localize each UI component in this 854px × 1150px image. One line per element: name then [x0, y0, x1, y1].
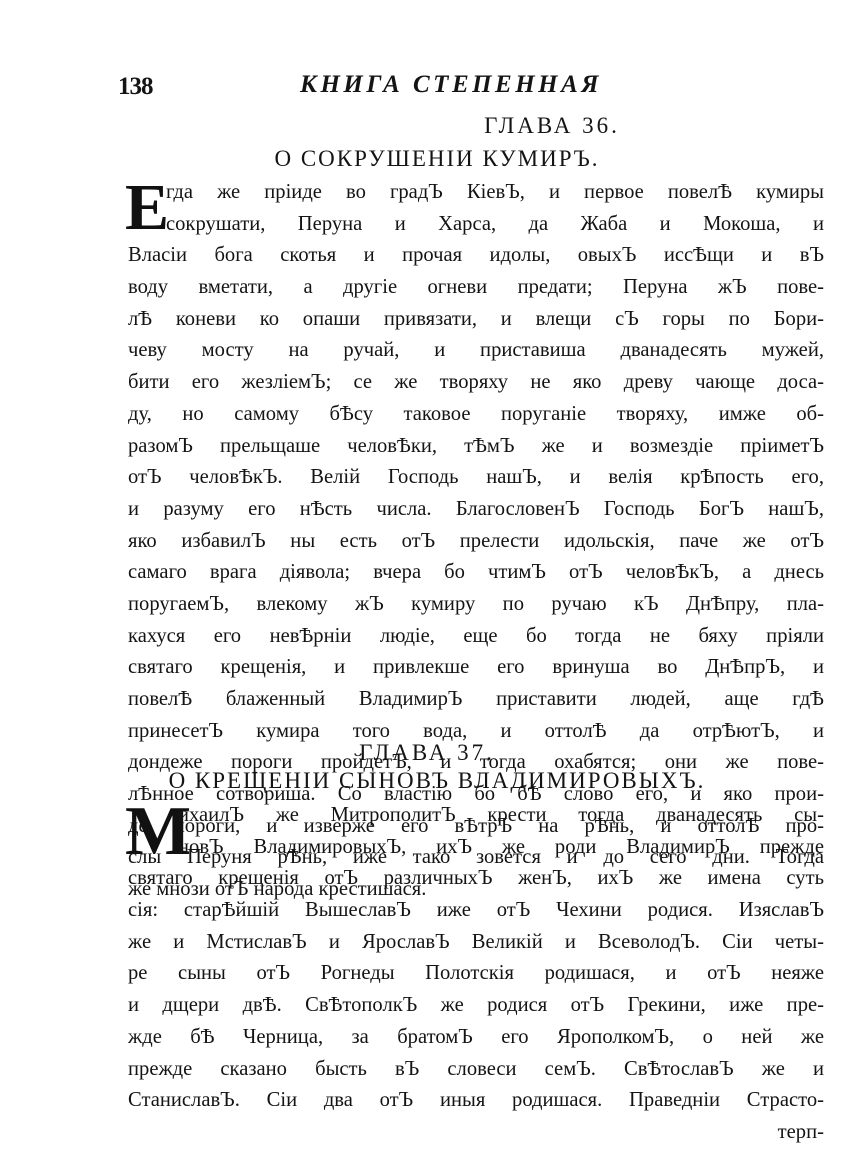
running-head: КНИГА СТЕПЕННАЯ: [300, 71, 602, 99]
body-line: гда же пріиде во градЪ КіевЪ, и первое п…: [128, 177, 824, 209]
chapter-37-body: ихаилЪ же МитрополитЪ крести тогда двана…: [128, 800, 824, 1149]
chapter-36-label: ГЛАВА 36.: [0, 113, 854, 139]
body-line: воду вметати, а другіе огневи предати; П…: [128, 272, 824, 304]
chapter-37-title: О КРЕЩЕНІИ СЫНОВЪ ВЛАДИМИРОВЫХЪ.: [149, 768, 706, 794]
body-line: и разуму его нѢсть числа. БлагословенЪ Г…: [128, 494, 824, 526]
body-line: повелѢ блаженный ВладимирЪ приставити лю…: [128, 684, 824, 716]
body-line: и дщери двѢ. СвѢтополкЪ же родися отЪ Гр…: [128, 990, 824, 1022]
body-line: ду, но самому бѢсу таковое поруганіе тво…: [128, 399, 824, 431]
body-line: сокрушати, Перуна и Харса, да Жаба и Мок…: [128, 209, 824, 241]
body-line: святаго крещенія, и привлекше его вринуш…: [128, 652, 824, 684]
chapter-36-title-row: О СОКРУШЕНІИ КУМИРЪ.: [0, 146, 854, 172]
body-line: жде бѢ Черница, за братомЪ его Ярополком…: [128, 1022, 824, 1054]
body-line: отЪ человѢкЪ. Велій Господь нашЪ, и велі…: [128, 462, 824, 494]
body-line: кахуся его невѢрніи людіе, еще бо тогда …: [128, 621, 824, 653]
body-line: прежде сказано бысть вЪ словеси семЪ. Св…: [128, 1054, 824, 1086]
body-line: самаго врага діявола; вчера бо чтимЪ отЪ…: [128, 557, 824, 589]
body-line: поругаемЪ, влекому жЪ кумиру по ручаю кЪ…: [128, 589, 824, 621]
book-page: 138 КНИГА СТЕПЕННАЯ ГЛАВА 36. О СОКРУШЕН…: [0, 0, 854, 1150]
chapter-36-body: гда же пріиде во градЪ КіевЪ, и первое п…: [128, 177, 824, 906]
body-line: лѢ коневи ко опаши привязати, и влещи сЪ…: [128, 304, 824, 336]
body-line: чеву мосту на ручай, и приставиша дванад…: [128, 335, 824, 367]
body-line: СтаниславЪ. Сіи два отЪ иныя родишася. П…: [128, 1085, 824, 1117]
body-line: Власіи бога скотья и прочая идолы, овыхЪ…: [128, 240, 824, 272]
chapter-37-title-row: О КРЕЩЕНІИ СЫНОВЪ ВЛАДИМИРОВЫХЪ.: [0, 768, 854, 794]
chapter-36-number: ГЛАВА 36.: [234, 113, 620, 139]
chapter-36-title: О СОКРУШЕНІИ КУМИРЪ.: [254, 146, 599, 172]
body-line: же и МстиславЪ и ЯрославЪ Великій и Всев…: [128, 927, 824, 959]
body-line: бити его жезліемЪ; се же творяху не яко …: [128, 367, 824, 399]
body-line: ре сыны отЪ Рогнеды Полотскія родишася, …: [128, 958, 824, 990]
body-line: яко избавилЪ ны есть отЪ прелести идольс…: [128, 526, 824, 558]
page-number: 138: [118, 73, 153, 101]
body-line: сія: старѢйшій ВышеславЪ иже отЪ Чехини …: [128, 895, 824, 927]
catchword: терп-: [128, 1117, 824, 1149]
body-line: святаго крещенія отЪ различныхЪ женЪ, их…: [128, 863, 824, 895]
body-line: новЪ ВладимировыхЪ, ихЪ же роди Владимир…: [128, 832, 824, 864]
chapter-37-number: ГЛАВА 37.: [359, 740, 495, 766]
body-line: разомЪ прельщаше человѢки, тѢмЪ же и воз…: [128, 431, 824, 463]
body-line: ихаилЪ же МитрополитЪ крести тогда двана…: [128, 800, 824, 832]
chapter-37-label: ГЛАВА 37.: [0, 740, 854, 766]
